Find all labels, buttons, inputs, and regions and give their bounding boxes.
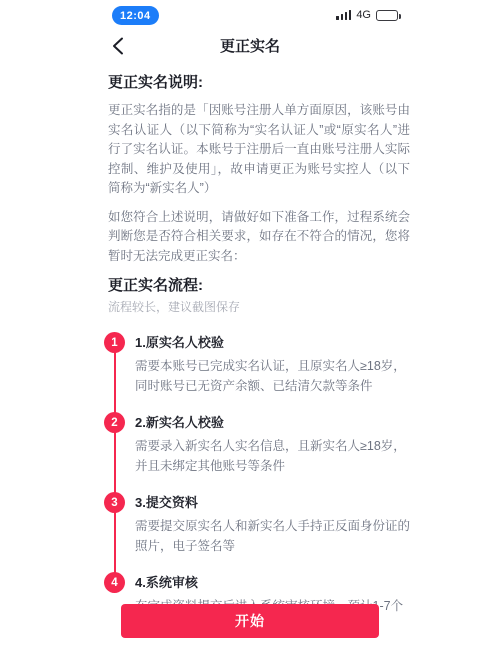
- battery-icon: [376, 10, 398, 21]
- process-timeline: 1 1.原实名人校验 需要本账号已完成实名认证，且原实名人≥18岁，同时账号已无…: [104, 332, 410, 636]
- timeline-step-1: 1 1.原实名人校验 需要本账号已完成实名认证，且原实名人≥18岁，同时账号已无…: [104, 332, 410, 396]
- nav-bar: 更正实名: [0, 30, 500, 62]
- network-type-label: 4G: [356, 9, 371, 21]
- step-2-description: 需要录入新实名人实名信息，且新实名人≥18岁，并且未绑定其他账号等条件: [135, 436, 410, 476]
- step-3-description: 需要提交原实名人和新实名人手持正反面身份证的照片，电子签名等: [135, 516, 410, 556]
- page-title: 更正实名: [0, 35, 500, 56]
- explain-paragraph-1: 更正实名指的是「因账号注册人单方面原因，该账号由实名认证人（以下简称为“实名认证…: [108, 101, 410, 199]
- timeline-step-2: 2 2.新实名人校验 需要录入新实名人实名信息，且新实名人≥18岁，并且未绑定其…: [104, 412, 410, 476]
- explain-paragraph-2: 如您符合上述说明，请做好如下准备工作，过程系统会判断您是否符合相关要求，如存在不…: [108, 208, 410, 267]
- start-button[interactable]: 开始: [121, 604, 379, 638]
- step-4-title: 4.系统审核: [135, 572, 410, 593]
- step-3-badge: 3: [104, 492, 125, 513]
- status-bar: 12:04 4G: [0, 0, 500, 30]
- step-1-title: 1.原实名人校验: [135, 332, 410, 353]
- app-screen: 12:04 4G 更正实名 更正实名说明: 更正实名指的是「因账号注册人单方面原…: [0, 0, 500, 652]
- step-4-badge: 4: [104, 572, 125, 593]
- status-time: 12:04: [120, 10, 151, 22]
- time-pill[interactable]: 12:04: [112, 6, 159, 25]
- main-content: 更正实名说明: 更正实名指的是「因账号注册人单方面原因，该账号由实名认证人（以下…: [108, 62, 410, 652]
- step-2-title: 2.新实名人校验: [135, 412, 410, 433]
- signal-bars-icon: [336, 10, 351, 20]
- explain-heading: 更正实名说明:: [108, 74, 410, 92]
- process-heading: 更正实名流程:: [108, 277, 410, 295]
- status-right-icons: 4G: [336, 9, 398, 21]
- step-1-badge: 1: [104, 332, 125, 353]
- process-subtitle: 流程较长，建议截图保存: [108, 300, 410, 315]
- step-3-title: 3.提交资料: [135, 492, 410, 513]
- step-1-description: 需要本账号已完成实名认证，且原实名人≥18岁，同时账号已无资产余额、已结清欠款等…: [135, 356, 410, 396]
- step-2-badge: 2: [104, 412, 125, 433]
- timeline-step-3: 3 3.提交资料 需要提交原实名人和新实名人手持正反面身份证的照片，电子签名等: [104, 492, 410, 556]
